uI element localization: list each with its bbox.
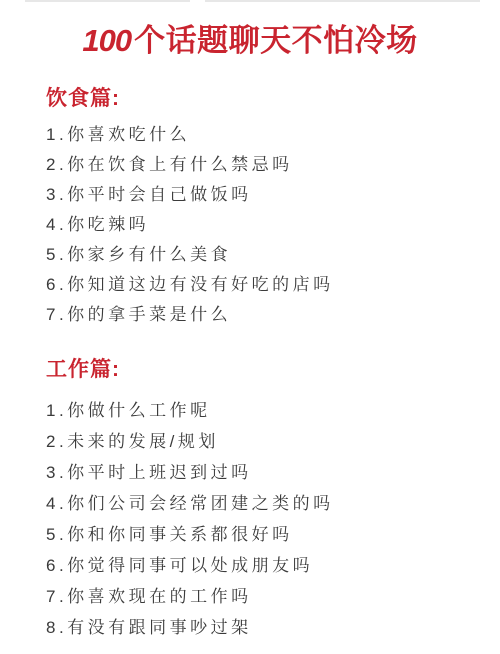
section-heading-food: 饮食篇: [46,85,500,112]
section-food: 饮食篇: 1.你喜欢吃什么 2.你在饮食上有什么禁忌吗 3.你平时会自己做饭吗 … [46,85,500,330]
topic-item: 2.未来的发展/规划 [46,426,500,457]
topic-list-work: 1.你做什么工作呢 2.未来的发展/规划 3.你平时上班迟到过吗 4.你们公司会… [46,395,500,643]
topic-item: 4.你们公司会经常团建之类的吗 [46,488,500,519]
topic-item: 3.你平时上班迟到过吗 [46,457,500,488]
topic-item: 5.你和你同事关系都很好吗 [46,519,500,550]
topic-item: 1.你做什么工作呢 [46,395,500,426]
topic-item: 5.你家乡有什么美食 [46,240,500,270]
topic-list-food: 1.你喜欢吃什么 2.你在饮食上有什么禁忌吗 3.你平时会自己做饭吗 4.你吃辣… [46,120,500,330]
page-title: 100个话题聊天不怕冷场 [0,0,500,61]
topic-item: 2.你在饮食上有什么禁忌吗 [46,150,500,180]
title-number: 100 [82,23,134,58]
top-edge-artifact [205,0,480,2]
topics-card: 100个话题聊天不怕冷场 饮食篇: 1.你喜欢吃什么 2.你在饮食上有什么禁忌吗… [0,0,500,654]
topic-item: 6.你知道这边有没有好吃的店吗 [46,270,500,300]
section-heading-work: 工作篇: [46,356,500,383]
topic-item: 6.你觉得同事可以处成朋友吗 [46,550,500,581]
topic-item: 4.你吃辣吗 [46,210,500,240]
topic-item: 1.你喜欢吃什么 [46,120,500,150]
topic-item: 7.你的拿手菜是什么 [46,300,500,330]
top-edge-artifact [25,0,190,2]
topic-item: 7.你喜欢现在的工作吗 [46,581,500,612]
topic-item: 8.有没有跟同事吵过架 [46,612,500,643]
title-text: 个话题聊天不怕冷场 [134,23,418,58]
topic-item: 3.你平时会自己做饭吗 [46,180,500,210]
section-work: 工作篇: 1.你做什么工作呢 2.未来的发展/规划 3.你平时上班迟到过吗 4.… [46,356,500,643]
